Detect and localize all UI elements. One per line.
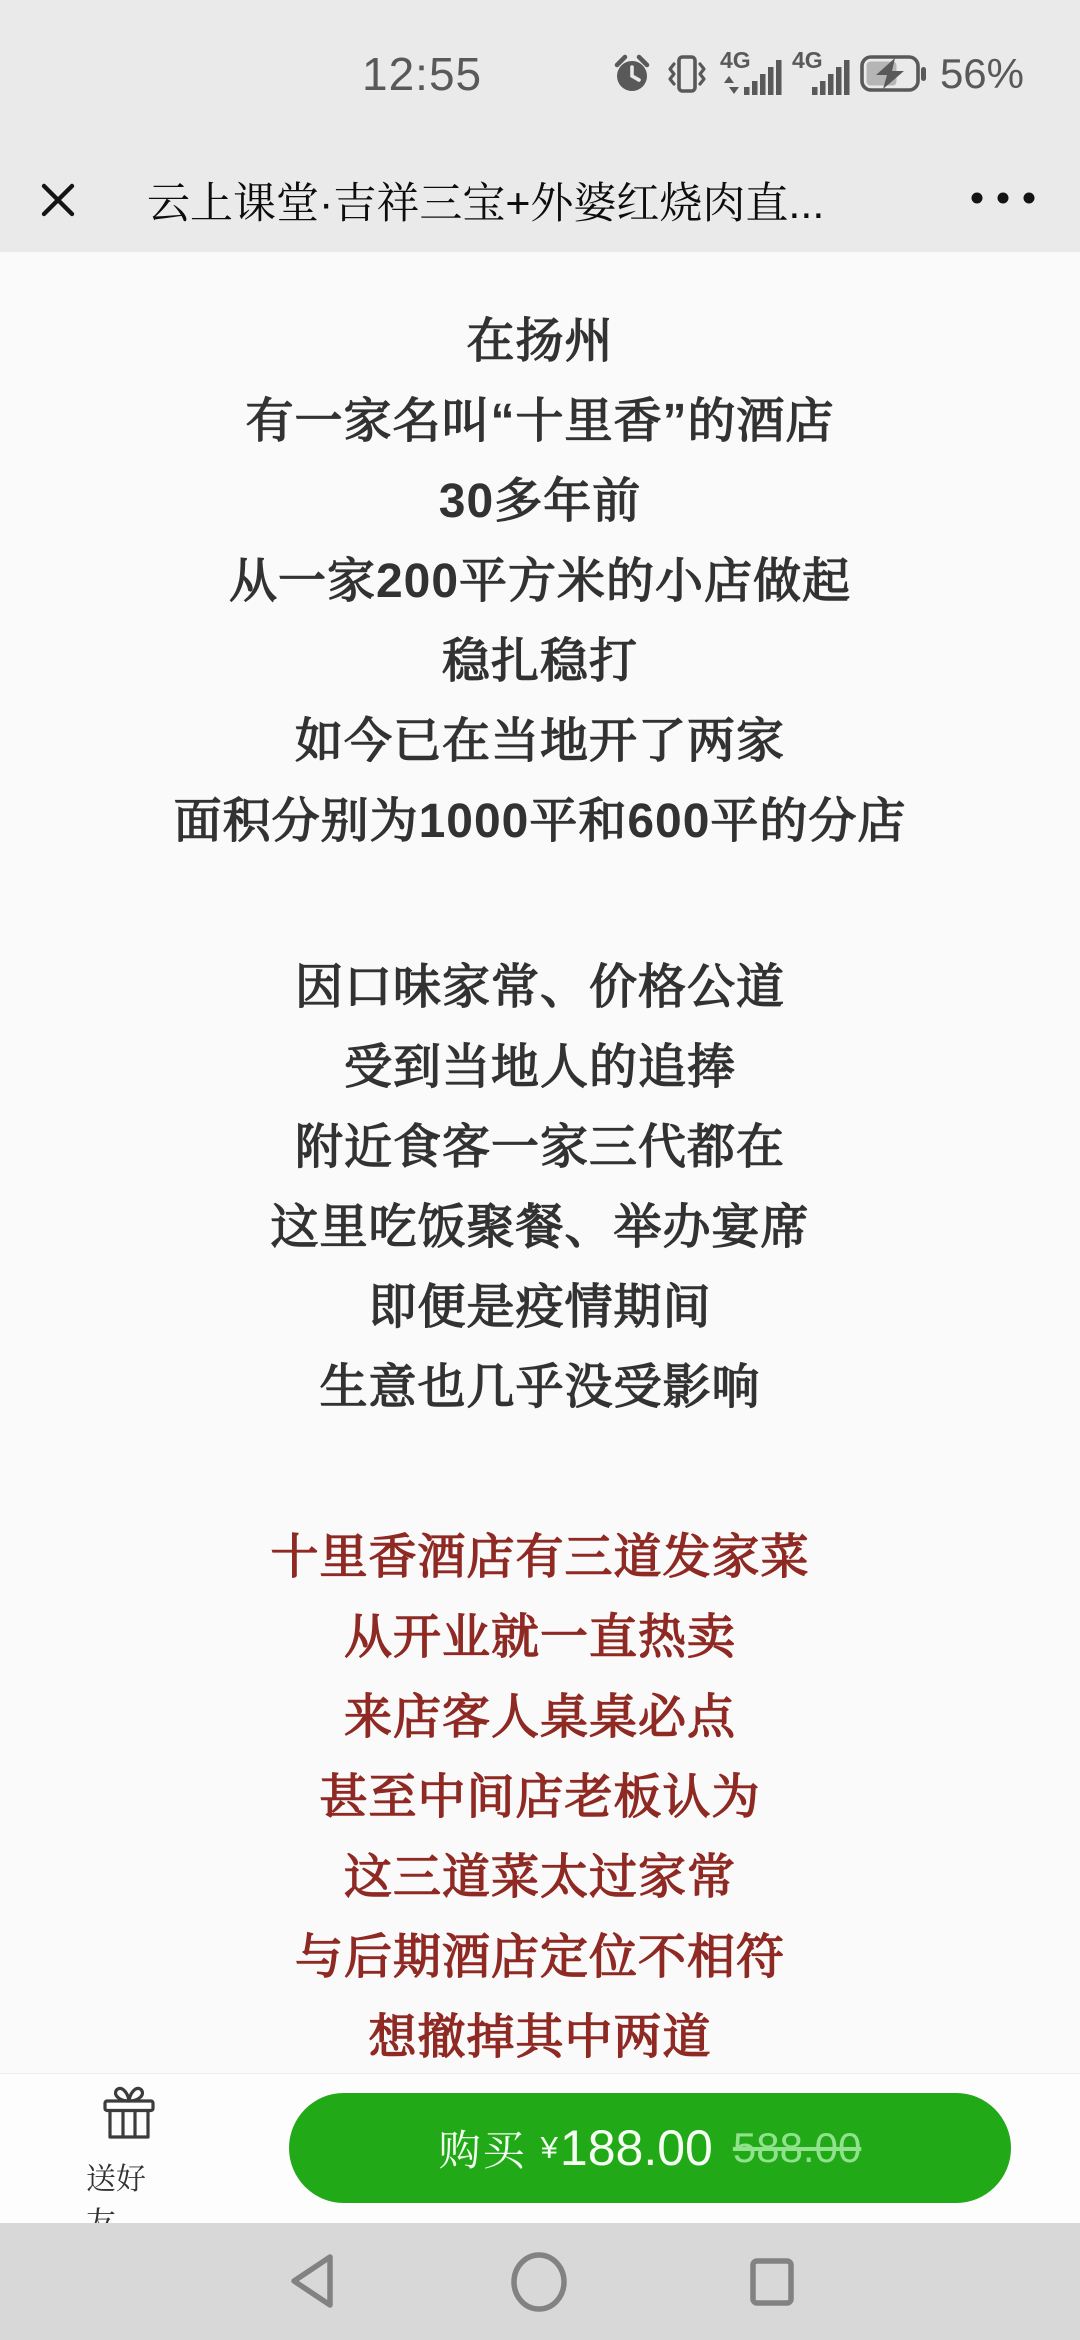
article-line: 即便是疫情期间	[0, 1268, 1080, 1348]
sim1-network-label: 4G	[720, 49, 751, 72]
android-back-icon[interactable]	[284, 2251, 336, 2316]
buy-currency-symbol: ¥	[541, 2130, 558, 2166]
buy-original-price: 588.00	[733, 2124, 861, 2172]
screen: 12:55	[0, 0, 1080, 2340]
vibrate-icon	[664, 52, 710, 96]
article-line: 有一家名叫“十里香”的酒店	[0, 382, 1080, 462]
status-time: 12:55	[362, 47, 482, 101]
android-nav-bar	[0, 2223, 1080, 2340]
article-line: 这三道菜太过家常	[0, 1838, 1080, 1918]
article-line: 在扬州	[0, 302, 1080, 382]
buy-price: 188.00	[560, 2119, 713, 2177]
status-bar: 12:55	[0, 0, 1080, 148]
alarm-icon	[610, 52, 654, 96]
buy-button[interactable]: 购买 ¥ 188.00 588.00	[289, 2093, 1011, 2203]
article-line: 稳扎稳打	[0, 622, 1080, 702]
article-line: 想撤掉其中两道	[0, 1998, 1080, 2073]
purchase-bar: 送好友 购买 ¥ 188.00 588.00	[0, 2073, 1080, 2223]
article: 在扬州 有一家名叫“十里香”的酒店 30多年前 从一家200平方米的小店做起 稳…	[0, 252, 1080, 2073]
sim2-network-label: 4G	[792, 49, 823, 72]
buy-button-label: 购买	[439, 2118, 527, 2178]
article-line: 受到当地人的追捧	[0, 1028, 1080, 1108]
title-bar: 云上课堂·吉祥三宝+外婆红烧肉直...	[0, 148, 1080, 252]
page-title: 云上课堂·吉祥三宝+外婆红烧肉直...	[147, 170, 824, 231]
more-menu-icon[interactable]	[971, 177, 1035, 223]
article-line: 与后期酒店定位不相符	[0, 1918, 1080, 1998]
topbar: 12:55	[0, 0, 1080, 252]
section-gap	[0, 1428, 1080, 1518]
status-icons: 4G 4G	[610, 50, 1024, 98]
signal-sim1-icon: 4G	[720, 51, 782, 97]
article-line: 如今已在当地开了两家	[0, 702, 1080, 782]
signal-sim2-icon: 4G	[792, 51, 850, 97]
article-section-intro: 在扬州 有一家名叫“十里香”的酒店 30多年前 从一家200平方米的小店做起 稳…	[0, 302, 1080, 862]
article-section-popularity: 因口味家常、价格公道 受到当地人的追捧 附近食客一家三代都在 这里吃饭聚餐、举办…	[0, 948, 1080, 1428]
close-icon[interactable]	[35, 177, 81, 223]
gift-icon	[99, 2084, 159, 2149]
article-line: 从一家200平方米的小店做起	[0, 542, 1080, 622]
article-line: 甚至中间店老板认为	[0, 1758, 1080, 1838]
article-line: 附近食客一家三代都在	[0, 1108, 1080, 1188]
android-recents-icon[interactable]	[750, 2258, 794, 2311]
article-line: 从开业就一直热卖	[0, 1598, 1080, 1678]
battery-charging-icon	[860, 55, 926, 93]
article-line: 因口味家常、价格公道	[0, 948, 1080, 1028]
battery-percent-label: 56%	[940, 50, 1024, 98]
article-line: 面积分别为1000平和600平的分店	[0, 782, 1080, 862]
article-line: 这里吃饭聚餐、举办宴席	[0, 1188, 1080, 1268]
article-content: 在扬州 有一家名叫“十里香”的酒店 30多年前 从一家200平方米的小店做起 稳…	[0, 252, 1080, 2073]
article-line: 30多年前	[0, 462, 1080, 542]
section-gap	[0, 862, 1080, 948]
article-line: 十里香酒店有三道发家菜	[0, 1518, 1080, 1598]
gift-to-friend-button[interactable]: 送好友	[86, 2084, 172, 2242]
android-home-icon[interactable]	[510, 2252, 568, 2317]
article-line: 生意也几乎没受影响	[0, 1348, 1080, 1428]
article-section-dishes: 十里香酒店有三道发家菜 从开业就一直热卖 来店客人桌桌必点 甚至中间店老板认为 …	[0, 1518, 1080, 2073]
article-line: 来店客人桌桌必点	[0, 1678, 1080, 1758]
